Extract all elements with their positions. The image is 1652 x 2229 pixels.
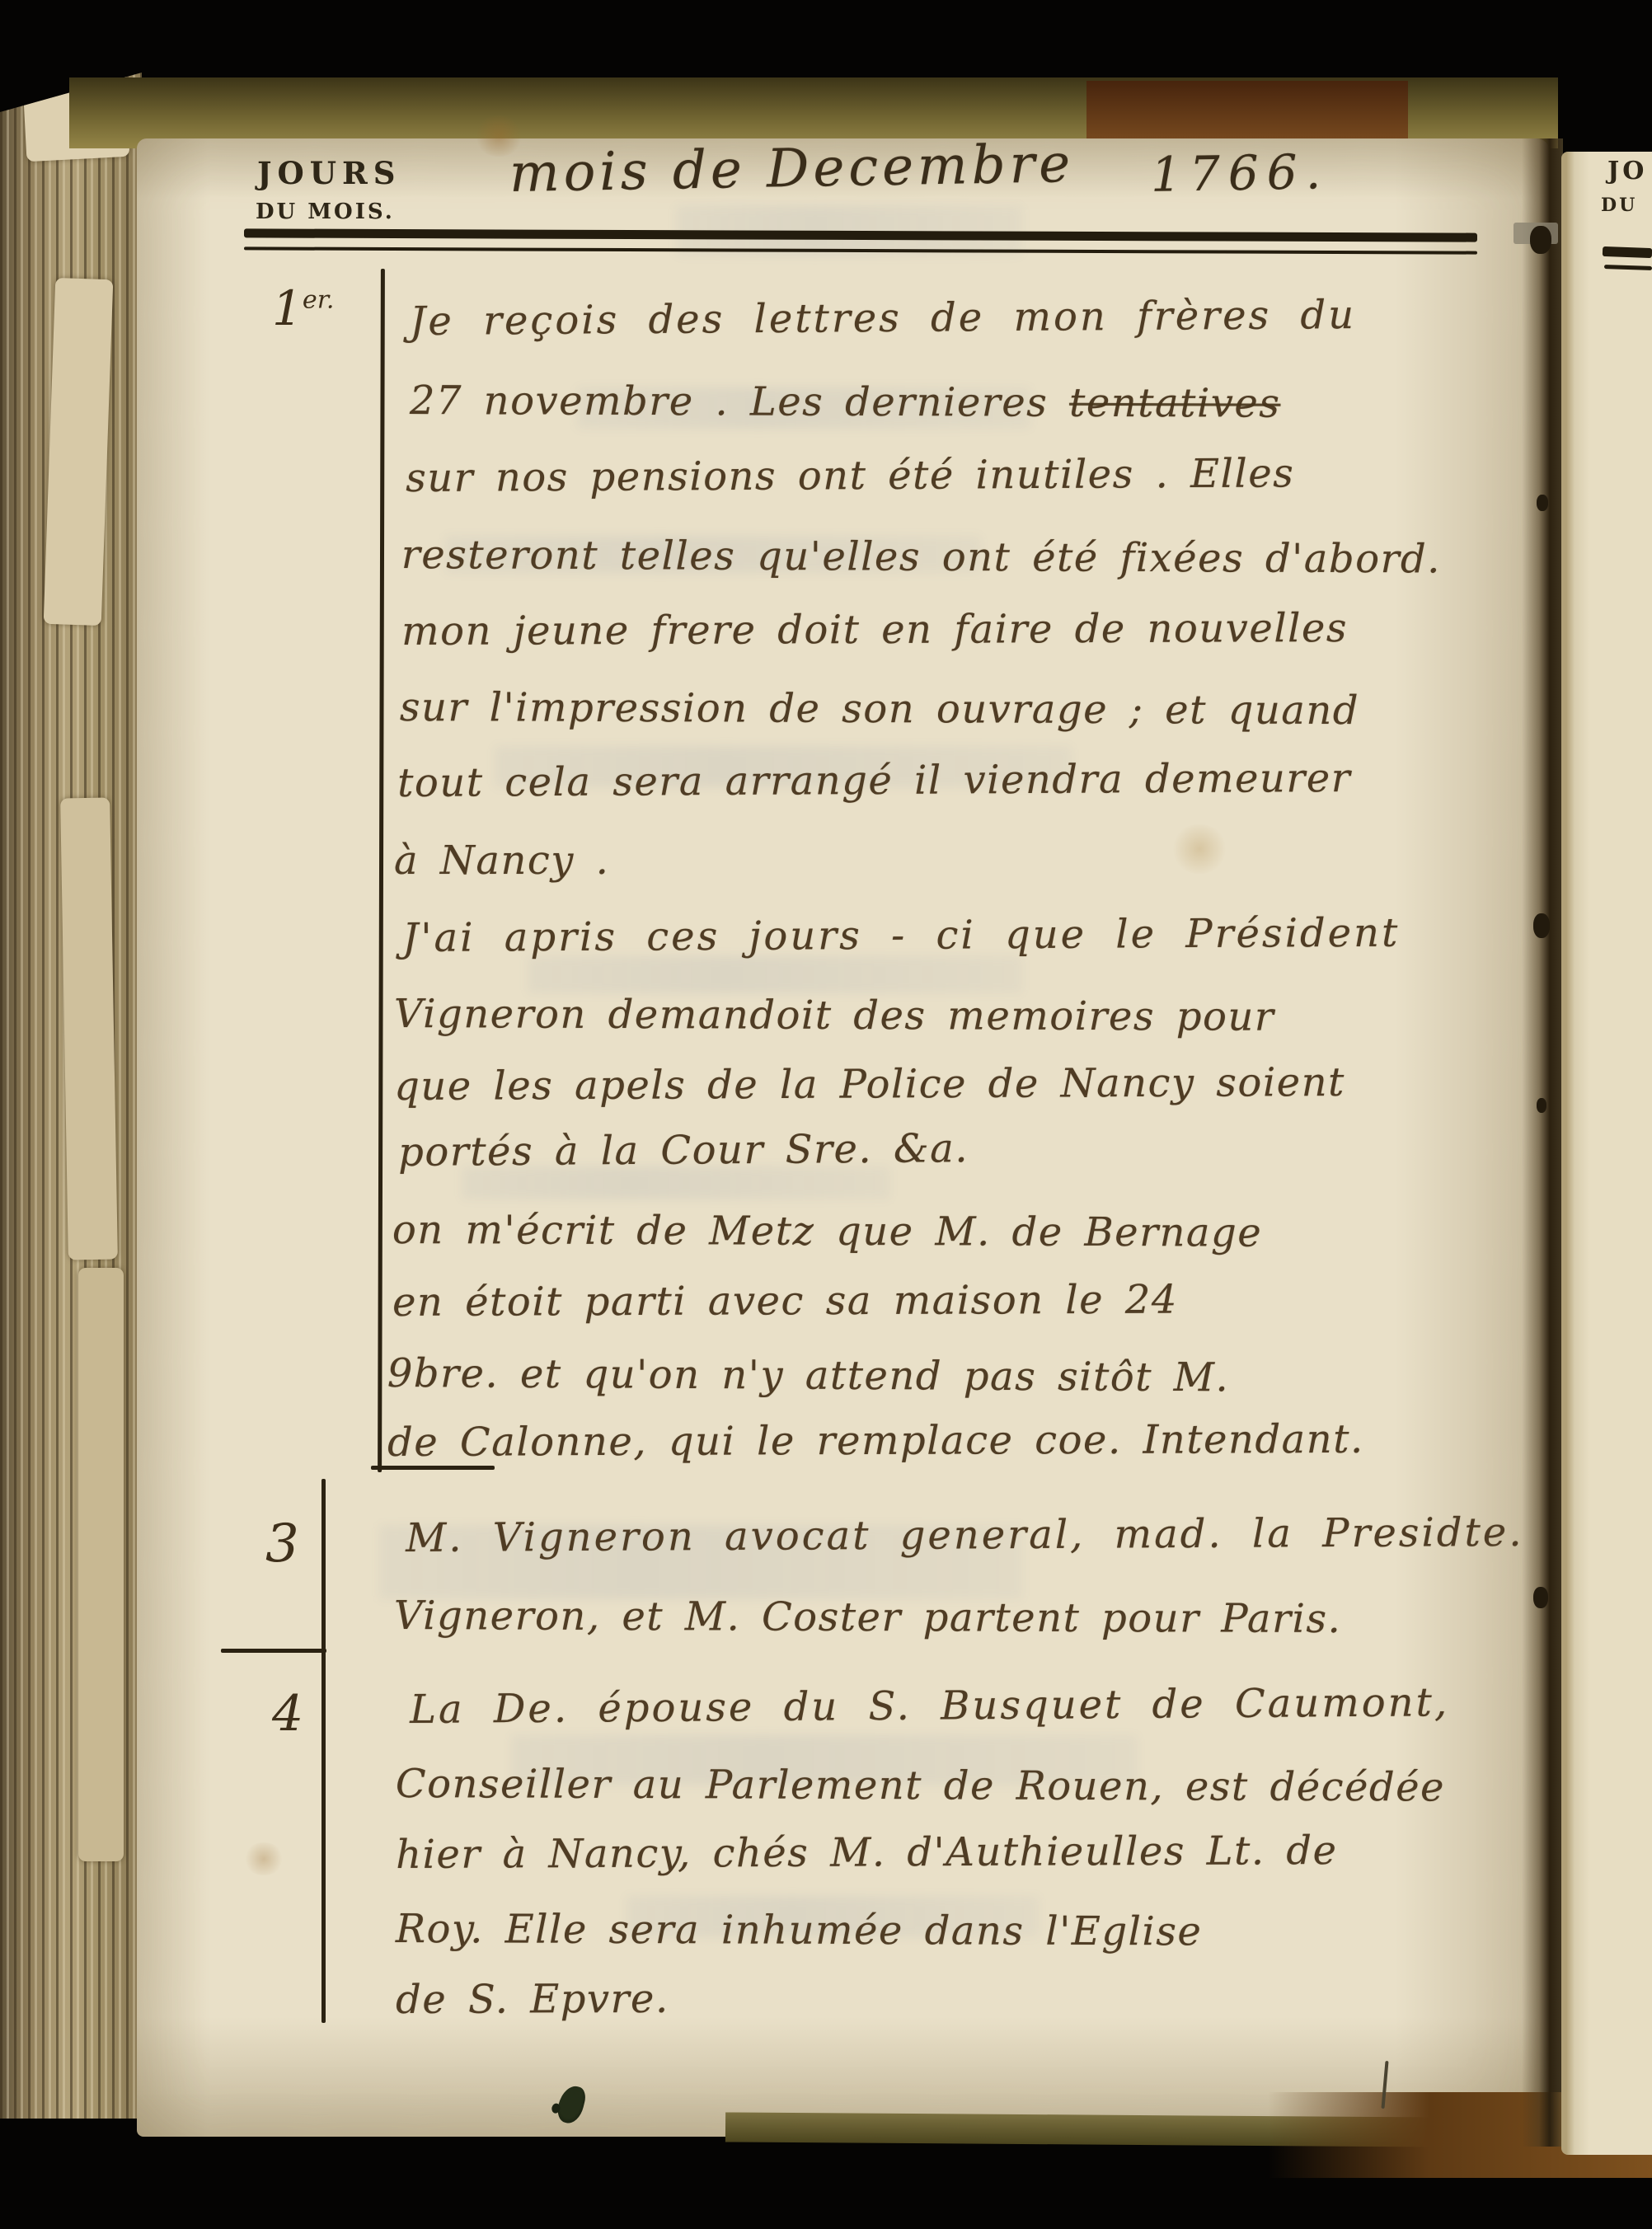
manuscript-journal-scan: JO DU JOURS DU MOIS. mois de Decembre 17… <box>0 0 1652 2229</box>
entry-line: Conseiller au Parlement de Rouen, est dé… <box>396 1761 1445 1810</box>
entry-line: mon jeune frere doit en faire de nouvell… <box>401 605 1348 655</box>
entry-separator-dash <box>371 1466 495 1470</box>
paper-fragment <box>60 798 118 1260</box>
entry-line: on m'écrit de Metz que M. de Bernage <box>392 1207 1263 1256</box>
year-label: 1766. <box>1150 143 1329 203</box>
printed-column-header-line2: DU MOIS. <box>256 199 395 224</box>
binding-stitch-mark <box>1537 495 1548 511</box>
entry-line: portés à la Cour Sre. &a. <box>398 1125 969 1176</box>
month-title: mois de Decembre <box>509 134 1074 204</box>
paper-fragment <box>78 1268 124 1861</box>
printed-column-header-line1: JOURS <box>257 155 401 191</box>
entry-line: sur l'impression de son ouvrage ; et qua… <box>400 684 1359 734</box>
binding-stitch-mark <box>1533 1587 1548 1608</box>
next-page-printed-label: JO <box>1607 157 1647 185</box>
binding-stitch-mark <box>1537 1098 1546 1113</box>
entry-line: sur nos pensions ont été inutiles . Elle… <box>406 450 1294 501</box>
entry-line: à Nancy . <box>394 838 609 884</box>
entry-line: J'ai apris ces jours - ci que le Préside… <box>402 910 1400 961</box>
entry-line: 9bre. et qu'on n'y attend pas sitôt M. <box>387 1350 1230 1401</box>
next-page-sliver <box>1561 152 1652 2155</box>
paper-fragment <box>44 278 114 626</box>
day-number-4: 4 <box>272 1685 303 1743</box>
struck-word: tentatives <box>1069 380 1281 427</box>
binding-gutter <box>1522 138 1563 2147</box>
entry-line: Roy. Elle sera inhumée dans l'Eglise <box>396 1906 1203 1954</box>
entry-line: M. Vigneron avocat general, mad. la Pres… <box>406 1509 1524 1561</box>
day-number-1: 1er. <box>272 280 334 336</box>
entry-line: de Calonne, qui le remplace coe. Intenda… <box>387 1416 1364 1466</box>
entry-line: de S. Epvre. <box>396 1976 669 2023</box>
entry-line: Vigneron demandoit des memoires pour <box>394 991 1275 1040</box>
binding-stitch-mark <box>1533 913 1550 938</box>
binding-stitch-mark <box>1530 226 1551 254</box>
entry-line: Vigneron, et M. Coster partent pour Pari… <box>394 1593 1342 1642</box>
entry-line: Je reçois des lettres de mon frères du <box>410 292 1356 345</box>
entry-line: hier à Nancy, chés M. d'Authieulles Lt. … <box>396 1828 1338 1878</box>
entry-line: tout cela sera arrangé il viendra demeur… <box>397 755 1351 806</box>
entry-line: en étoit parti avec sa maison le 24 <box>392 1277 1178 1326</box>
entry-separator-dash <box>221 1649 326 1653</box>
day-column-rule-lower <box>321 1479 326 2023</box>
entry-line: 27 novembre . Les dernieres tentatives <box>410 378 1281 427</box>
next-page-printed-label: DU <box>1601 195 1637 216</box>
entry-line: resteront telles qu'elles ont été fixées… <box>401 532 1441 583</box>
book-page-edges <box>0 73 142 2119</box>
day-number-3: 3 <box>265 1513 299 1574</box>
entry-line: La De. épouse du S. Busquet de Caumont, <box>410 1679 1449 1733</box>
next-page-rule <box>1603 246 1652 258</box>
entry-line: que les apels de la Police de Nancy soie… <box>394 1059 1345 1110</box>
